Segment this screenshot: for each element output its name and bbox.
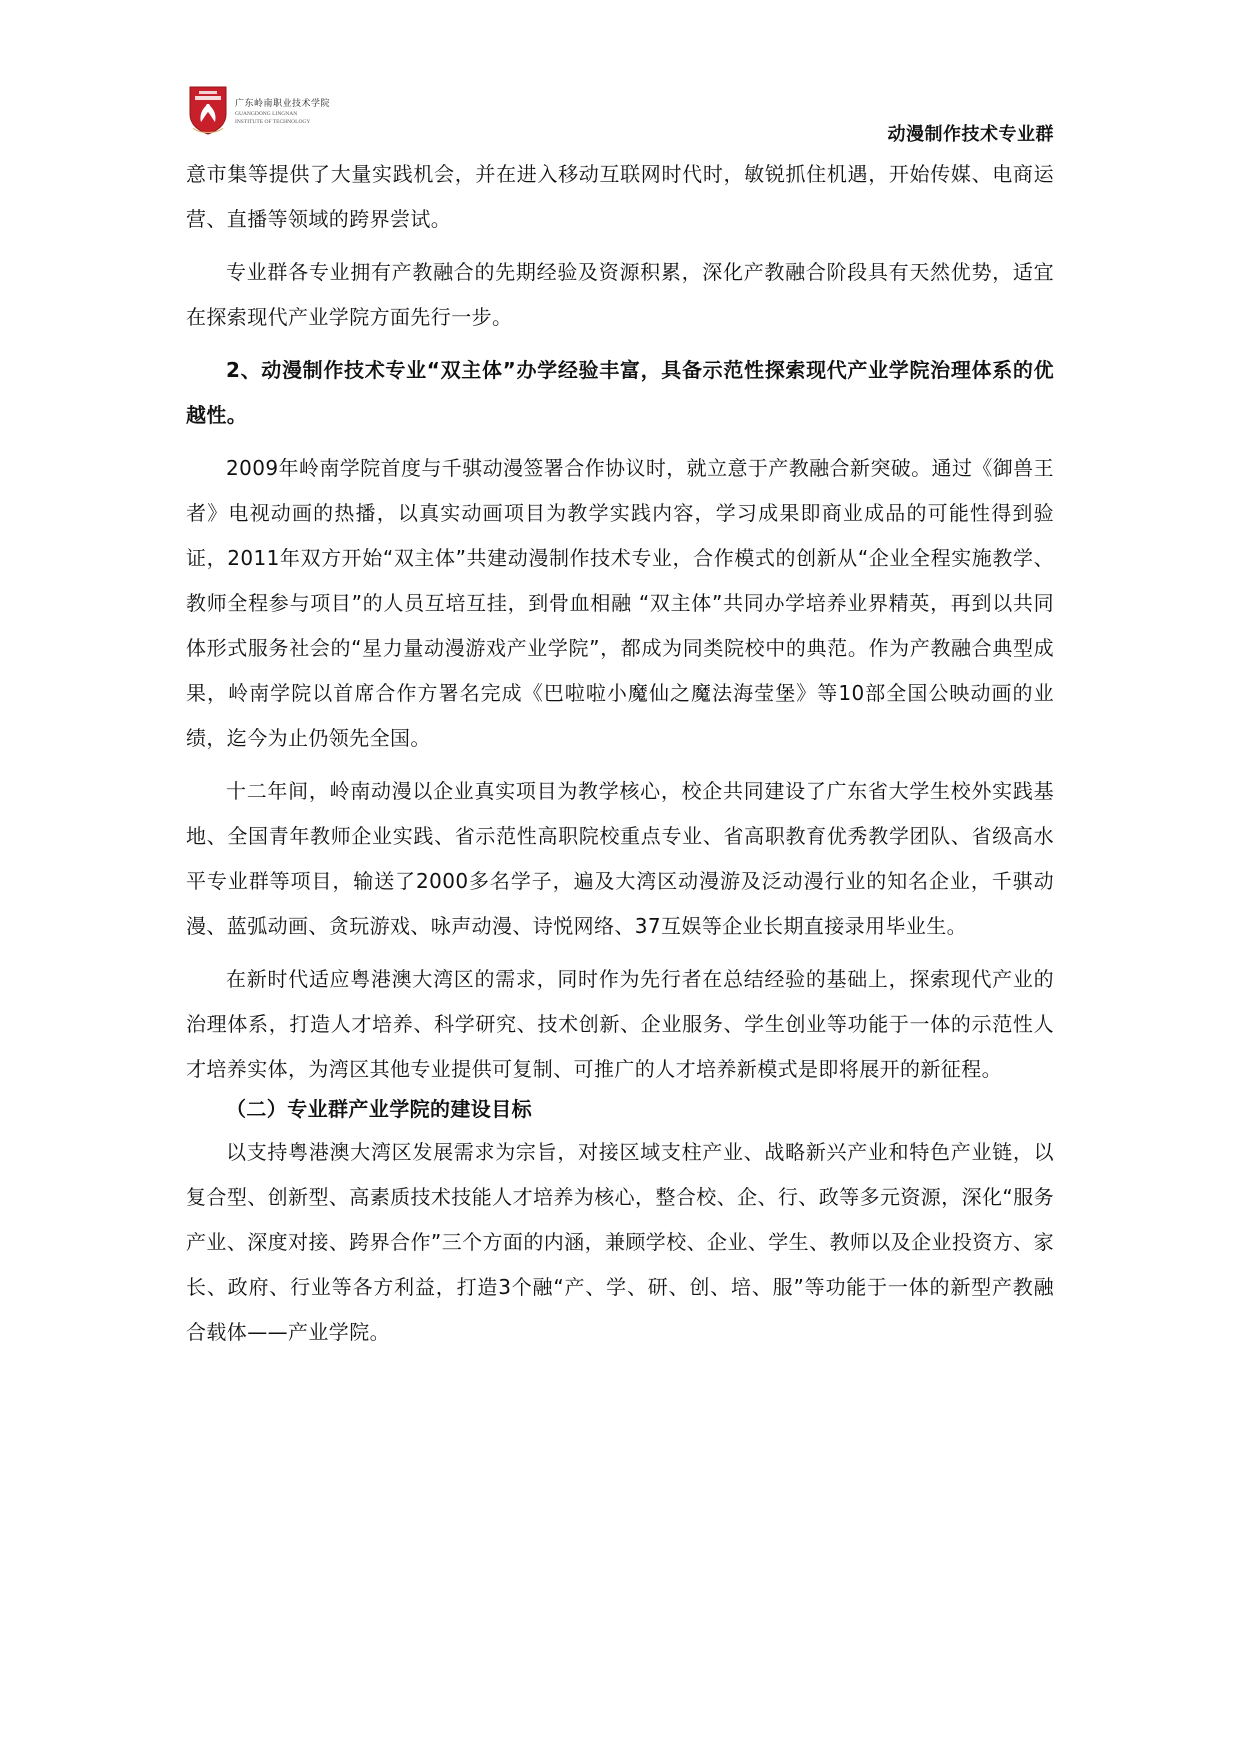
paragraph: 十二年间，岭南动漫以企业真实项目为教学核心，校企共同建设了广东省大学生校外实践基…	[186, 769, 1054, 949]
shield-emblem-icon	[187, 84, 229, 136]
paragraph-continuation: 意市集等提供了大量实践机会，并在进入移动互联网时代时，敏锐抓住机遇，开始传媒、电…	[186, 152, 1054, 242]
section-heading: （二）专业群产业学院的建设目标	[186, 1088, 1054, 1130]
document-body: 意市集等提供了大量实践机会，并在进入移动互联网时代时，敏锐抓住机遇，开始传媒、电…	[186, 152, 1054, 1363]
paragraph: 专业群各专业拥有产教融合的先期经验及资源积累，深化产教融合阶段具有天然优势，适宜…	[186, 250, 1054, 340]
logo-name-en-2: INSTITUTE OF TECHNOLOGY	[235, 119, 330, 125]
logo-name-en-1: GUANGDONG LINGNAN	[235, 111, 330, 117]
section-label: 动漫制作技术专业群	[888, 120, 1055, 146]
institution-logo: 广东岭南职业技术学院 GUANGDONG LINGNAN INSTITUTE O…	[187, 84, 377, 140]
logo-text: 广东岭南职业技术学院 GUANGDONG LINGNAN INSTITUTE O…	[235, 100, 330, 125]
paragraph: 在新时代适应粤港澳大湾区的需求，同时作为先行者在总结经验的基础上，探索现代产业的…	[186, 957, 1054, 1092]
subheading-point-2: 2、动漫制作技术专业“双主体”办学经验丰富，具备示范性探索现代产业学院治理体系的…	[186, 348, 1054, 438]
paragraph: 以支持粤港澳大湾区发展需求为宗旨，对接区域支柱产业、战略新兴产业和特色产业链，以…	[186, 1130, 1054, 1355]
paragraph: 2009年岭南学院首度与千骐动漫签署合作协议时，就立意于产教融合新突破。通过《御…	[186, 446, 1054, 761]
logo-name-cn: 广东岭南职业技术学院	[235, 100, 330, 109]
